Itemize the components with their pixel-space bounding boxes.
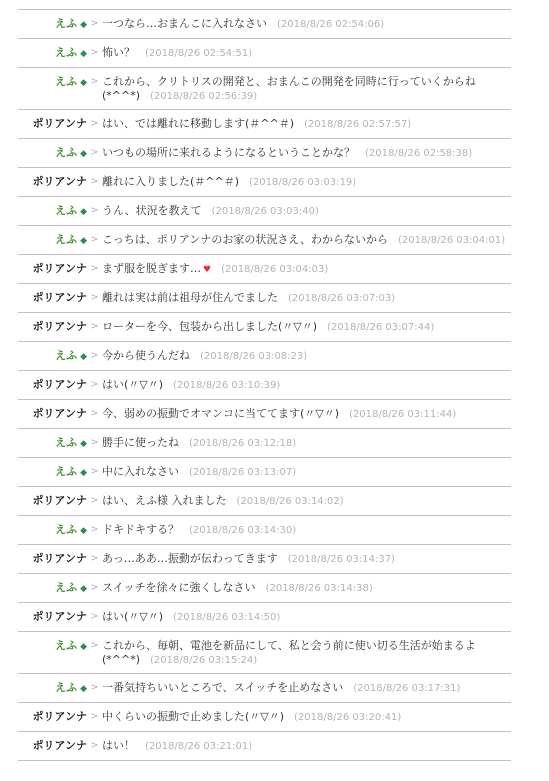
message-text: 勝手に使ったね(2018/8/26 03:12:18) [100, 436, 511, 451]
message-text: はい！(2018/8/26 03:21:01) [100, 739, 511, 754]
timestamp: (2018/8/26 03:13:07) [189, 467, 296, 478]
speaker-name: ポリアンナ [18, 117, 87, 131]
arrow-separator: > [89, 291, 100, 305]
chat-message: ポリアンナ > 離れは実は前は祖母が住んでました(2018/8/26 03:07… [18, 283, 511, 312]
chat-message: えふ◆ > うん、状況を教えて(2018/8/26 03:03:40) [18, 196, 511, 225]
chat-message: えふ◆ > 今から使うんだね(2018/8/26 03:08:23) [18, 341, 511, 370]
timestamp: (2018/8/26 03:08:23) [200, 351, 307, 362]
timestamp: (2018/8/26 02:57:57) [304, 119, 411, 130]
diamond-icon: ◆ [80, 236, 87, 246]
speaker-name: ポリアンナ [18, 262, 87, 276]
speaker-name: えふ◆ [18, 233, 87, 248]
speaker-name: ポリアンナ [18, 175, 87, 189]
speaker-name: えふ◆ [18, 17, 87, 32]
speaker-name: ポリアンナ [18, 552, 87, 566]
heart-arrow-icon: ♥ [203, 265, 211, 275]
timestamp: (2018/8/26 03:14:02) [237, 496, 344, 507]
arrow-separator: > [89, 146, 100, 160]
speaker-name: えふ◆ [18, 146, 87, 161]
message-text: 一番気持ちいいところで、スイッチを止めなさい(2018/8/26 03:17:3… [100, 681, 511, 696]
speaker-name: えふ◆ [18, 681, 87, 696]
diamond-icon: ◆ [80, 78, 87, 88]
timestamp: (2018/8/26 03:14:37) [288, 554, 395, 565]
timestamp: (2018/8/26 03:14:30) [189, 525, 296, 536]
chat-message-cutoff [18, 760, 511, 765]
timestamp: (2018/8/26 03:17:31) [353, 683, 460, 694]
message-text: はい(〃▽〃)(2018/8/26 03:10:39) [100, 378, 511, 393]
arrow-separator: > [89, 17, 100, 31]
arrow-separator: > [89, 610, 100, 624]
chat-message: ポリアンナ > ローターを今、包装から出しました(〃▽〃)(2018/8/26 … [18, 312, 511, 341]
arrow-separator: > [89, 494, 100, 508]
diamond-icon: ◆ [80, 439, 87, 449]
speaker-name: ポリアンナ [18, 291, 87, 305]
arrow-separator: > [89, 378, 100, 392]
chat-message: えふ◆ > いつもの場所に来れるようになるということかな？(2018/8/26 … [18, 138, 511, 167]
diamond-icon: ◆ [80, 20, 87, 30]
message-text: 今から使うんだね(2018/8/26 03:08:23) [100, 349, 511, 364]
arrow-separator: > [89, 436, 100, 450]
arrow-separator: > [89, 204, 100, 218]
arrow-separator: > [89, 465, 100, 479]
timestamp: (2018/8/26 03:21:01) [145, 741, 252, 752]
timestamp: (2018/8/26 03:07:44) [327, 322, 434, 333]
chat-message: ポリアンナ > あっ…ああ…振動が伝わってきます(2018/8/26 03:14… [18, 544, 511, 573]
timestamp: (2018/8/26 02:54:51) [145, 48, 252, 59]
timestamp: (2018/8/26 02:56:39) [150, 91, 257, 102]
arrow-separator: > [89, 46, 100, 60]
chat-message: えふ◆ > ドキドキする？(2018/8/26 03:14:30) [18, 515, 511, 544]
chat-message: えふ◆ > 怖い？(2018/8/26 02:54:51) [18, 38, 511, 67]
message-text: これから、毎朝、電池を新品にして、私と会う前に使い切る生活が始まるよ (*^^*… [100, 639, 511, 668]
arrow-separator: > [89, 681, 100, 695]
timestamp: (2018/8/26 02:54:06) [277, 19, 384, 30]
message-text: いつもの場所に来れるようになるということかな？(2018/8/26 02:58:… [100, 146, 511, 161]
timestamp: (2018/8/26 03:03:19) [249, 177, 356, 188]
timestamp: (2018/8/26 03:04:03) [221, 264, 328, 275]
timestamp: (2018/8/26 03:11:44) [349, 409, 456, 420]
arrow-separator: > [89, 320, 100, 334]
message-text: うん、状況を教えて(2018/8/26 03:03:40) [100, 204, 511, 219]
speaker-name: えふ◆ [18, 581, 87, 596]
speaker-name: えふ◆ [18, 75, 87, 90]
message-text: 離れは実は前は祖母が住んでました(2018/8/26 03:07:03) [100, 291, 511, 306]
arrow-separator: > [89, 552, 100, 566]
chat-message: えふ◆ > 一つなら…おまんこに入れなさい(2018/8/26 02:54:06… [18, 9, 511, 38]
chat-message: えふ◆ > 勝手に使ったね(2018/8/26 03:12:18) [18, 428, 511, 457]
arrow-separator: > [89, 407, 100, 421]
message-text: こっちは、ポリアンナのお家の状況さえ、わからないから(2018/8/26 03:… [100, 233, 511, 248]
chat-message: えふ◆ > スイッチを徐々に強くしなさい(2018/8/26 03:14:38) [18, 573, 511, 602]
chat-message: えふ◆ > これから、クリトリスの開発と、おまんこの開発を同時に行っていくからね… [18, 67, 511, 109]
speaker-name: えふ◆ [18, 639, 87, 654]
speaker-name: ポリアンナ [18, 320, 87, 334]
diamond-icon: ◆ [80, 468, 87, 478]
timestamp: (2018/8/26 03:20:41) [294, 712, 401, 723]
diamond-icon: ◆ [80, 49, 87, 59]
message-text: これから、クリトリスの開発と、おまんこの開発を同時に行っていくからね (*^^*… [100, 75, 511, 104]
chat-message: ポリアンナ > はい！(2018/8/26 03:21:01) [18, 731, 511, 760]
message-text: 中に入れなさい(2018/8/26 03:13:07) [100, 465, 511, 480]
speaker-name: えふ◆ [18, 204, 87, 219]
speaker-name: ポリアンナ [18, 378, 87, 392]
arrow-separator: > [89, 739, 100, 753]
diamond-icon: ◆ [80, 149, 87, 159]
timestamp: (2018/8/26 03:10:39) [173, 380, 280, 391]
speaker-name: えふ◆ [18, 523, 87, 538]
chat-message: ポリアンナ > はい、えふ様 入れました(2018/8/26 03:14:02) [18, 486, 511, 515]
arrow-separator: > [89, 710, 100, 724]
message-text: はい(〃▽〃)(2018/8/26 03:14:50) [100, 610, 511, 625]
diamond-icon: ◆ [80, 352, 87, 362]
message-text: まず服を脱ぎます…♥(2018/8/26 03:04:03) [100, 262, 511, 277]
speaker-name: えふ◆ [18, 349, 87, 364]
chat-message: ポリアンナ > 今、弱めの振動でオマンコに当ててます(〃▽〃)(2018/8/2… [18, 399, 511, 428]
chat-message: ポリアンナ > 中くらいの振動で止めました(〃▽〃)(2018/8/26 03:… [18, 702, 511, 731]
chat-message: えふ◆ > これから、毎朝、電池を新品にして、私と会う前に使い切る生活が始まるよ… [18, 631, 511, 673]
message-text: ドキドキする？(2018/8/26 03:14:30) [100, 523, 511, 538]
diamond-icon: ◆ [80, 207, 87, 217]
speaker-name: えふ◆ [18, 465, 87, 480]
arrow-separator: > [89, 233, 100, 247]
timestamp: (2018/8/26 03:14:38) [266, 583, 373, 594]
speaker-name: ポリアンナ [18, 710, 87, 724]
timestamp: (2018/8/26 03:03:40) [212, 206, 319, 217]
timestamp: (2018/8/26 03:04:01) [398, 235, 505, 246]
chat-message: ポリアンナ > はい(〃▽〃)(2018/8/26 03:10:39) [18, 370, 511, 399]
arrow-separator: > [89, 581, 100, 595]
message-text: 今、弱めの振動でオマンコに当ててます(〃▽〃)(2018/8/26 03:11:… [100, 407, 511, 422]
arrow-separator: > [89, 117, 100, 131]
message-text: スイッチを徐々に強くしなさい(2018/8/26 03:14:38) [100, 581, 511, 596]
timestamp: (2018/8/26 02:58:38) [365, 148, 472, 159]
message-text: 怖い？(2018/8/26 02:54:51) [100, 46, 511, 61]
timestamp: (2018/8/26 03:07:03) [288, 293, 395, 304]
message-text: 離れに入りました(＃^^＃)(2018/8/26 03:03:19) [100, 175, 511, 190]
speaker-name: ポリアンナ [18, 610, 87, 624]
arrow-separator: > [89, 523, 100, 537]
message-text: 一つなら…おまんこに入れなさい(2018/8/26 02:54:06) [100, 17, 511, 32]
chat-message: ポリアンナ > はい(〃▽〃)(2018/8/26 03:14:50) [18, 602, 511, 631]
arrow-separator: > [89, 639, 100, 653]
speaker-name: ポリアンナ [18, 494, 87, 508]
message-text: 中くらいの振動で止めました(〃▽〃)(2018/8/26 03:20:41) [100, 710, 511, 725]
arrow-separator: > [89, 349, 100, 363]
speaker-name: えふ◆ [18, 46, 87, 61]
timestamp: (2018/8/26 03:12:18) [189, 438, 296, 449]
message-text: あっ…ああ…振動が伝わってきます(2018/8/26 03:14:37) [100, 552, 511, 567]
speaker-name: ポリアンナ [18, 739, 87, 753]
timestamp: (2018/8/26 03:15:24) [150, 655, 257, 666]
diamond-icon: ◆ [80, 642, 87, 652]
arrow-separator: > [89, 262, 100, 276]
chat-message: えふ◆ > 中に入れなさい(2018/8/26 03:13:07) [18, 457, 511, 486]
chat-log: えふ◆ > 一つなら…おまんこに入れなさい(2018/8/26 02:54:06… [18, 9, 511, 765]
message-text: はい、えふ様 入れました(2018/8/26 03:14:02) [100, 494, 511, 509]
speaker-name: ポリアンナ [18, 407, 87, 421]
diamond-icon: ◆ [80, 526, 87, 536]
arrow-separator: > [89, 175, 100, 189]
chat-message: ポリアンナ > はい、では離れに移動します(＃^^＃)(2018/8/26 02… [18, 109, 511, 138]
diamond-icon: ◆ [80, 684, 87, 694]
message-text: ローターを今、包装から出しました(〃▽〃)(2018/8/26 03:07:44… [100, 320, 511, 335]
arrow-separator: > [89, 75, 100, 89]
diamond-icon: ◆ [80, 584, 87, 594]
chat-message: えふ◆ > 一番気持ちいいところで、スイッチを止めなさい(2018/8/26 0… [18, 673, 511, 702]
chat-message: ポリアンナ > まず服を脱ぎます…♥(2018/8/26 03:04:03) [18, 254, 511, 283]
chat-message: ポリアンナ > 離れに入りました(＃^^＃)(2018/8/26 03:03:1… [18, 167, 511, 196]
chat-message: えふ◆ > こっちは、ポリアンナのお家の状況さえ、わからないから(2018/8/… [18, 225, 511, 254]
speaker-name: えふ◆ [18, 436, 87, 451]
message-text: はい、では離れに移動します(＃^^＃)(2018/8/26 02:57:57) [100, 117, 511, 132]
timestamp: (2018/8/26 03:14:50) [173, 612, 280, 623]
